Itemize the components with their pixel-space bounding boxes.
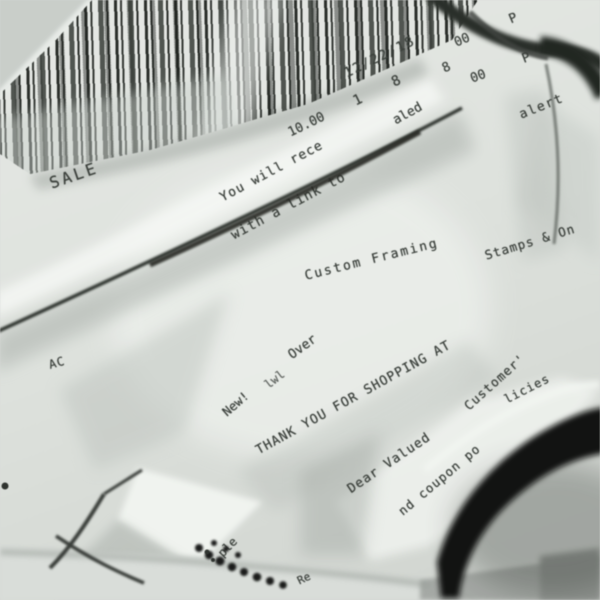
photo-crumpled-receipt: SALE You will rece 10.00 1 8 12/22/18 00…	[0, 0, 600, 600]
photo-canvas: SALE You will rece 10.00 1 8 12/22/18 00…	[0, 0, 600, 600]
